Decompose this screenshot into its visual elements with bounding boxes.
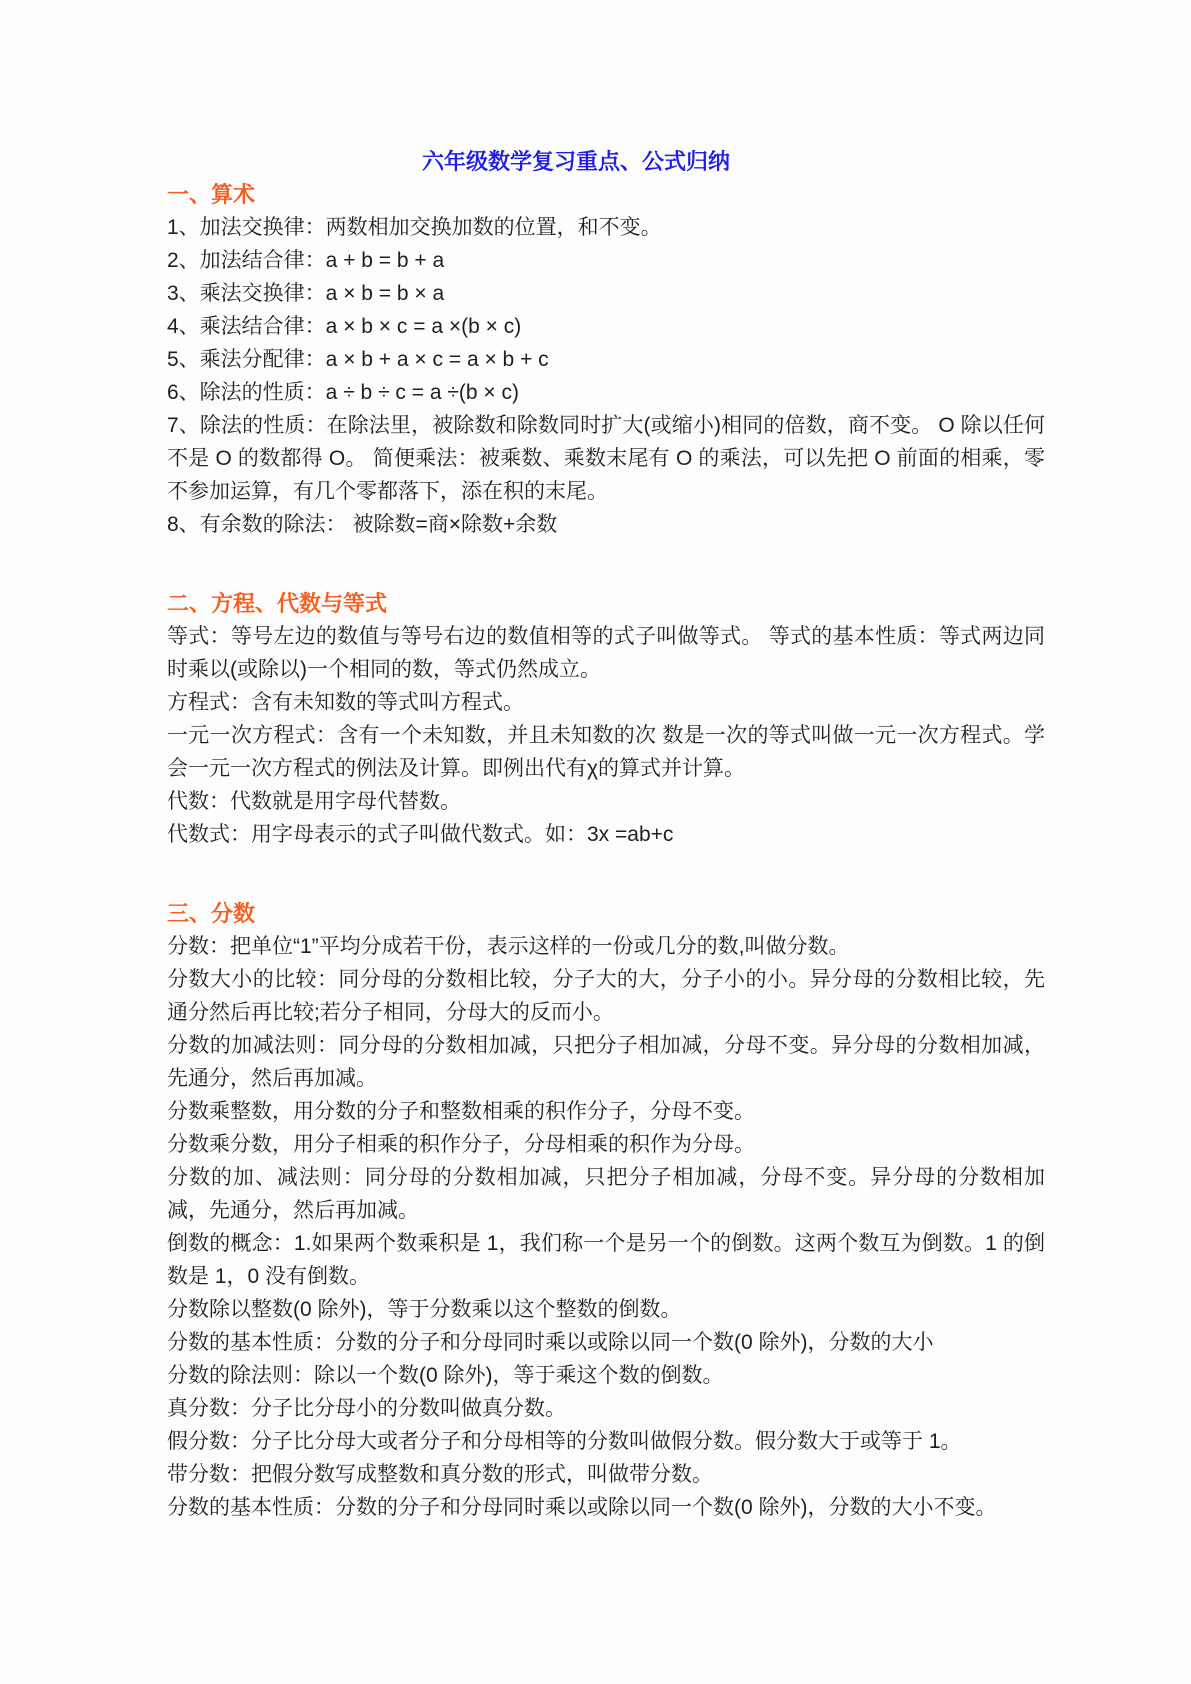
document-content: 六年级数学复习重点、公式归纳 一、算术 1、加法交换律：两数相加交换加数的位置，…: [167, 145, 1045, 1524]
section-heading: 三、分数: [167, 897, 1045, 930]
section: 二、方程、代数与等式 等式：等号左边的数值与等号右边的数值相等的式子叫做等式。 …: [167, 587, 1045, 851]
paragraph: 7、除法的性质：在除法里，被除数和除数同时扩大(或缩小)相同的倍数，商不变。 O…: [167, 409, 1045, 508]
section-heading: 一、算术: [167, 178, 1045, 211]
paragraph: 4、乘法结合律：a × b × c = a ×(b × c): [167, 310, 1045, 343]
paragraph: 分数乘分数，用分子相乘的积作分子，分母相乘的积作为分母。: [167, 1128, 1045, 1161]
paragraph: 分数的加减法则：同分母的分数相加减，只把分子相加减，分母不变。异分母的分数相加减…: [167, 1029, 1045, 1095]
paragraph: 代数式：用字母表示的式子叫做代数式。如：3x =ab+c: [167, 818, 1045, 851]
paragraph: 代数：代数就是用字母代替数。: [167, 785, 1045, 818]
paragraph: 方程式：含有未知数的等式叫方程式。: [167, 686, 1045, 719]
paragraph: 分数的除法则：除以一个数(0 除外)，等于乘这个数的倒数。: [167, 1359, 1045, 1392]
section: 三、分数 分数：把单位“1”平均分成若干份，表示这样的一份或几分的数,叫做分数。…: [167, 897, 1045, 1524]
paragraph: 3、乘法交换律：a × b = b × a: [167, 277, 1045, 310]
paragraph: 倒数的概念：1.如果两个数乘积是 1，我们称一个是另一个的倒数。这两个数互为倒数…: [167, 1227, 1045, 1293]
section-paragraphs: 1、加法交换律：两数相加交换加数的位置，和不变。2、加法结合律：a + b = …: [167, 211, 1045, 541]
sections: 一、算术 1、加法交换律：两数相加交换加数的位置，和不变。2、加法结合律：a +…: [167, 178, 1045, 1524]
section-paragraphs: 分数：把单位“1”平均分成若干份，表示这样的一份或几分的数,叫做分数。分数大小的…: [167, 930, 1045, 1524]
section-heading: 二、方程、代数与等式: [167, 587, 1045, 620]
paragraph: 等式：等号左边的数值与等号右边的数值相等的式子叫做等式。 等式的基本性质：等式两…: [167, 620, 1045, 686]
paragraph: 真分数：分子比分母小的分数叫做真分数。: [167, 1392, 1045, 1425]
section: 一、算术 1、加法交换律：两数相加交换加数的位置，和不变。2、加法结合律：a +…: [167, 178, 1045, 541]
paragraph: 5、乘法分配律：a × b + a × c = a × b + c: [167, 343, 1045, 376]
paragraph: 一元一次方程式：含有一个未知数，并且未知数的次 数是一次的等式叫做一元一次方程式…: [167, 719, 1045, 785]
paragraph: 6、除法的性质：a ÷ b ÷ c = a ÷(b × c): [167, 376, 1045, 409]
paragraph: 带分数：把假分数写成整数和真分数的形式，叫做带分数。: [167, 1458, 1045, 1491]
paragraph: 8、有余数的除法： 被除数=商×除数+余数: [167, 508, 1045, 541]
paragraph: 1、加法交换律：两数相加交换加数的位置，和不变。: [167, 211, 1045, 244]
paragraph: 假分数：分子比分母大或者分子和分母相等的分数叫做假分数。假分数大于或等于 1。: [167, 1425, 1045, 1458]
paragraph: 分数的基本性质：分数的分子和分母同时乘以或除以同一个数(0 除外)，分数的大小不…: [167, 1491, 1045, 1524]
paragraph: 2、加法结合律：a + b = b + a: [167, 244, 1045, 277]
paragraph: 分数大小的比较：同分母的分数相比较，分子大的大，分子小的小。异分母的分数相比较，…: [167, 963, 1045, 1029]
paragraph: 分数：把单位“1”平均分成若干份，表示这样的一份或几分的数,叫做分数。: [167, 930, 1045, 963]
paragraph: 分数除以整数(0 除外)，等于分数乘以这个整数的倒数。: [167, 1293, 1045, 1326]
paragraph: 分数的加、减法则：同分母的分数相加减，只把分子相加减，分母不变。异分母的分数相加…: [167, 1161, 1045, 1227]
page-title: 六年级数学复习重点、公式归纳: [167, 145, 1045, 178]
paragraph: 分数的基本性质：分数的分子和分母同时乘以或除以同一个数(0 除外)，分数的大小: [167, 1326, 1045, 1359]
document-page: 六年级数学复习重点、公式归纳 一、算术 1、加法交换律：两数相加交换加数的位置，…: [0, 0, 1191, 1684]
section-paragraphs: 等式：等号左边的数值与等号右边的数值相等的式子叫做等式。 等式的基本性质：等式两…: [167, 620, 1045, 851]
paragraph: 分数乘整数，用分数的分子和整数相乘的积作分子，分母不变。: [167, 1095, 1045, 1128]
